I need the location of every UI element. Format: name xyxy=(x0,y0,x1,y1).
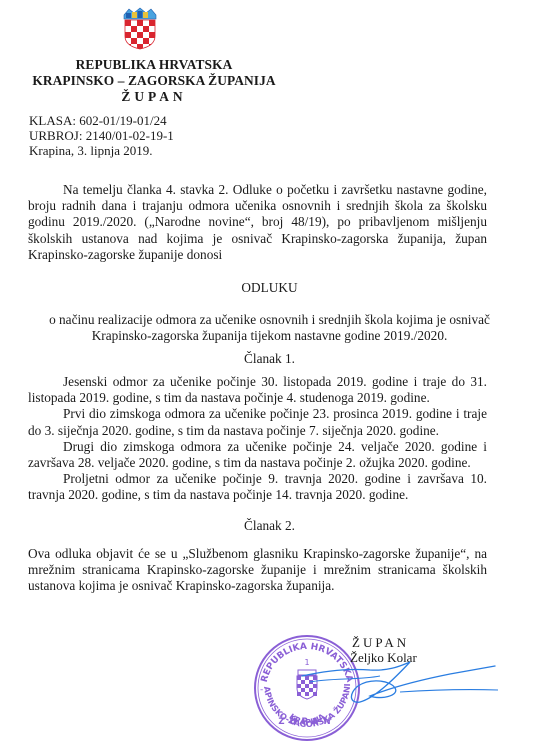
article-1-paragraph: Jesenski odmor za učenike počinje 30. li… xyxy=(28,374,487,406)
signatory-title: ŽUPAN xyxy=(352,635,409,650)
article-1-body: Jesenski odmor za učenike počinje 30. li… xyxy=(28,374,487,504)
article-1-paragraph: Proljetni odmor za učenike počinje 9. tr… xyxy=(28,471,487,503)
place-date: Krapina, 3. lipnja 2019. xyxy=(29,143,152,158)
article-1-heading: Članak 1. xyxy=(0,351,539,367)
header-republic: REPUBLIKA HRVATSKA xyxy=(26,57,282,73)
article-2-paragraph: Ova odluka objavit će se u „Službenom gl… xyxy=(28,546,487,595)
handwritten-signature xyxy=(300,658,500,708)
header-zupan: ŽUPAN xyxy=(26,89,282,105)
header-county: KRAPINSKO – ZAGORSKA ŽUPANIJA xyxy=(26,73,282,89)
document-subtitle: o načinu realizacije odmora za učenike o… xyxy=(40,312,499,344)
klasa: KLASA: 602-01/19-01/24 xyxy=(29,113,167,128)
article-2-body: Ova odluka objavit će se u „Službenom gl… xyxy=(28,546,487,595)
stamp-left-mark: - xyxy=(260,685,263,695)
article-1-paragraph: Drugi dio zimskoga odmora za učenike poč… xyxy=(28,439,487,471)
document-title: ODLUKU xyxy=(0,280,539,296)
croatian-coat-of-arms-icon xyxy=(122,6,158,50)
stamp-zupan-text: ŽUPAN xyxy=(278,715,335,727)
urbroj: URBROJ: 2140/01-02-19-1 xyxy=(29,128,174,143)
article-2-heading: Članak 2. xyxy=(0,518,539,534)
article-1-paragraph: Prvi dio zimskoga odmora za učenike poči… xyxy=(28,406,487,438)
intro-paragraph: Na temelju članka 4. stavka 2. Odluke o … xyxy=(28,182,487,263)
